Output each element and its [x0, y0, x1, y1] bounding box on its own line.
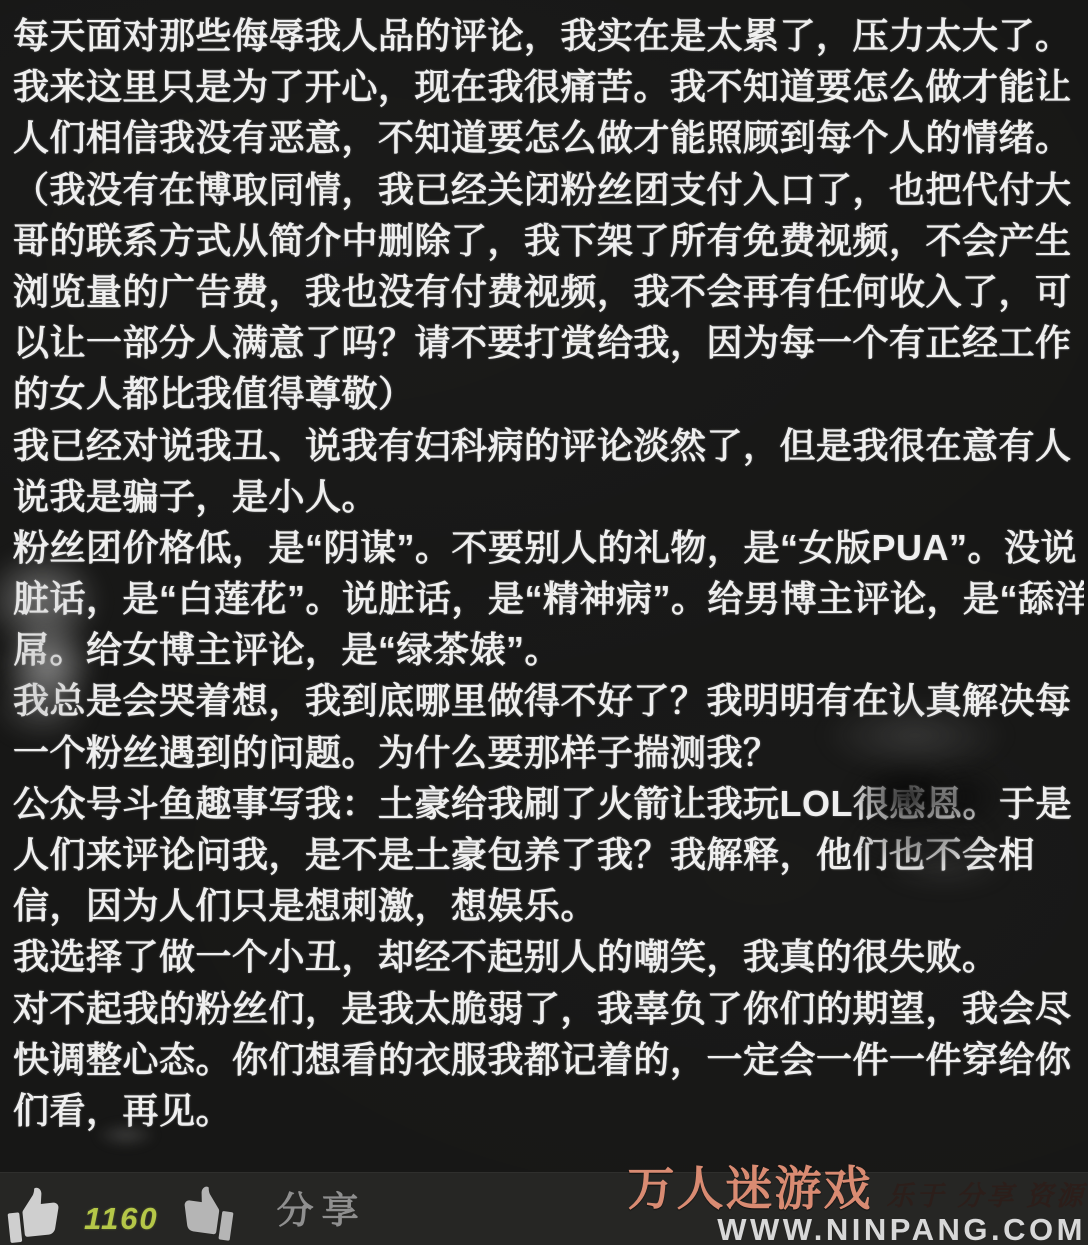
post-text: 每天面对那些侮辱我人品的评论，我实在是太累了，压力太大了。我来这里只是为了开心，… — [13, 10, 1084, 1136]
post-line: 人们来评论问我，是不是土豪包养了我？我解释，他们也不会相 — [13, 829, 1084, 880]
post-line: 屌。给女博主评论，是“绿茶婊”。 — [13, 624, 1084, 675]
post-line: 粉丝团价格低，是“阴谋”。不要别人的礼物，是“女版PUA”。没说 — [13, 522, 1084, 573]
thumb-down-icon — [177, 1182, 238, 1243]
post-line: 一个粉丝遇到的问题。为什么要那样子揣测我？ — [13, 727, 1084, 778]
post-line: 每天面对那些侮辱我人品的评论，我实在是太累了，压力太大了。 — [13, 10, 1084, 61]
post-line: 说我是骗子，是小人。 — [13, 471, 1084, 522]
post-line: 哥的联系方式从简介中删除了，我下架了所有免费视频，不会产生 — [13, 215, 1084, 266]
post-line: 浏览量的广告费，我也没有付费视频，我不会再有任何收入了，可 — [13, 266, 1084, 317]
post-line: 脏话，是“白莲花”。说脏话，是“精神病”。给男博主评论，是“舔洋 — [13, 573, 1084, 624]
like-button[interactable] — [0, 1170, 62, 1245]
thumb-up-icon — [3, 1181, 65, 1245]
post-screenshot: 每天面对那些侮辱我人品的评论，我实在是太累了，压力太大了。我来这里只是为了开心，… — [0, 0, 1088, 1245]
watermark-url: WWW.NINPANG.COM — [628, 1214, 1087, 1245]
post-line: 我已经对说我丑、说我有妇科病的评论淡然了，但是我很在意有人 — [13, 420, 1084, 471]
post-line: 我总是会哭着想，我到底哪里做得不好了？我明明有在认真解决每 — [13, 675, 1084, 726]
post-line: 的女人都比我值得尊敬） — [13, 368, 1084, 419]
like-group: 1160 — [0, 1170, 235, 1245]
post-line: 以让一部分人满意了吗？请不要打赏给我，因为每一个有正经工作 — [13, 317, 1084, 368]
post-line: 快调整心态。你们想看的衣服我都记着的，一定会一件一件穿给你 — [13, 1034, 1084, 1085]
share-button[interactable]: 分享 — [277, 1180, 367, 1234]
post-line: 们看，再见。 — [13, 1085, 1084, 1136]
post-line: 公众号斗鱼趣事写我：土豪给我刷了火箭让我玩LOL很感恩。于是 — [13, 778, 1084, 829]
post-line: 对不起我的粉丝们，是我太脆弱了，我辜负了你们的期望，我会尽 — [13, 983, 1084, 1034]
like-count: 1160 — [84, 1201, 159, 1237]
post-line: 我来这里只是为了开心，现在我很痛苦。我不知道要怎么做才能让 — [13, 61, 1084, 112]
post-line: 信，因为人们只是想刺激，想娱乐。 — [13, 880, 1084, 931]
watermark-tagline: 乐于 分享 资源 — [887, 1183, 1087, 1210]
dislike-button[interactable] — [159, 1186, 235, 1245]
watermark-title: 万人迷游戏 — [628, 1165, 873, 1212]
post-line: 我选择了做一个小丑，却经不起别人的嘲笑，我真的很失败。 — [13, 931, 1084, 982]
watermark: 万人迷游戏 乐于 分享 资源 WWW.NINPANG.COM — [628, 1165, 1087, 1245]
action-bar: 1160 分享 万人迷游戏 乐于 分享 资源 WWW.NINPANG.COM — [0, 1172, 1088, 1245]
post-line: （我没有在博取同情，我已经关闭粉丝团支付入口了，也把代付大 — [13, 164, 1084, 215]
post-line: 人们相信我没有恶意，不知道要怎么做才能照顾到每个人的情绪。 — [13, 112, 1084, 163]
